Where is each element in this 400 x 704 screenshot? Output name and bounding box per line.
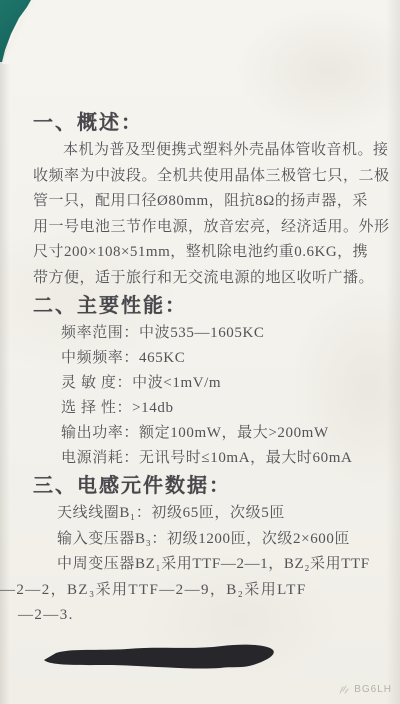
black-marker-redaction [42, 642, 277, 672]
spec-line-output-power: 输出功率：额定100mW，最大>200mW [61, 421, 390, 446]
watermark-text: BG6LH [354, 684, 392, 695]
inductor-line-input-transformer: 输入变压器B₃：初级1200匝，次级2×600匝 [57, 527, 390, 553]
spec-line-sensitivity: 灵 敏 度：中波<1mV/m [61, 371, 390, 396]
inductor-line-continued: —2—3. [18, 603, 390, 629]
section-heading-overview: 一、概述： [33, 108, 390, 138]
paragraph-line: 带方便，适于旅行和无交流电源的地区收听广播。 [33, 266, 390, 292]
watermark: BG6LH [339, 684, 392, 695]
paragraph-line: 本机为普及型便携式塑料外壳晶体管收音机。接 [33, 138, 390, 164]
inductor-line-antenna-coil: 天线线圈B₁：初级65匝，次级5匝 [57, 501, 390, 527]
inductance-data-list: 天线线圈B₁：初级65匝，次级5匝 输入变压器B₃：初级1200匝，次级2×60… [33, 501, 390, 629]
document-content: 一、概述： 本机为普及型便携式塑料外壳晶体管收音机。接 收频率为中波段。全机共使… [33, 108, 390, 629]
performance-spec-list: 频率范围：中波535—1605KC 中频频率：465KC 灵 敏 度：中波<1m… [33, 321, 390, 471]
paragraph-line: 用一号电池三节作电源，放音宏亮，经济适用。外形 [33, 215, 390, 241]
paragraph-line: 管一只，配用口径Ø80mm，阻抗8Ω的扬声器，采 [33, 189, 390, 215]
section-heading-performance: 二、主要性能： [33, 291, 390, 321]
paragraph-line: 尺寸200×108×51mm，整机除电池约重0.6KG，携 [33, 240, 390, 266]
antenna-icon [339, 685, 351, 695]
inductor-line-continued: —2—2，BZ₃采用TTF—2—9，B₂采用LTF [0, 578, 390, 604]
overview-paragraph: 本机为普及型便携式塑料外壳晶体管收音机。接 收频率为中波段。全机共使用晶体三极管… [33, 138, 390, 291]
paragraph-line: 收频率为中波段。全机共使用晶体三极管七只，二极 [33, 164, 390, 190]
spec-line-selectivity: 选 择 性：>14db [61, 396, 390, 421]
inductor-line-if-transformer: 中周变压器BZ₁采用TTF—2—1，BZ₂采用TTF [57, 552, 390, 578]
spec-line-power-consumption: 电源消耗：无讯号时≤10mA，最大时60mA [61, 446, 390, 471]
section-heading-inductance: 三、电感元件数据： [33, 471, 390, 501]
spec-line-if-frequency: 中频频率：465KC [61, 346, 390, 371]
spec-line-frequency-range: 频率范围：中波535—1605KC [61, 321, 390, 346]
